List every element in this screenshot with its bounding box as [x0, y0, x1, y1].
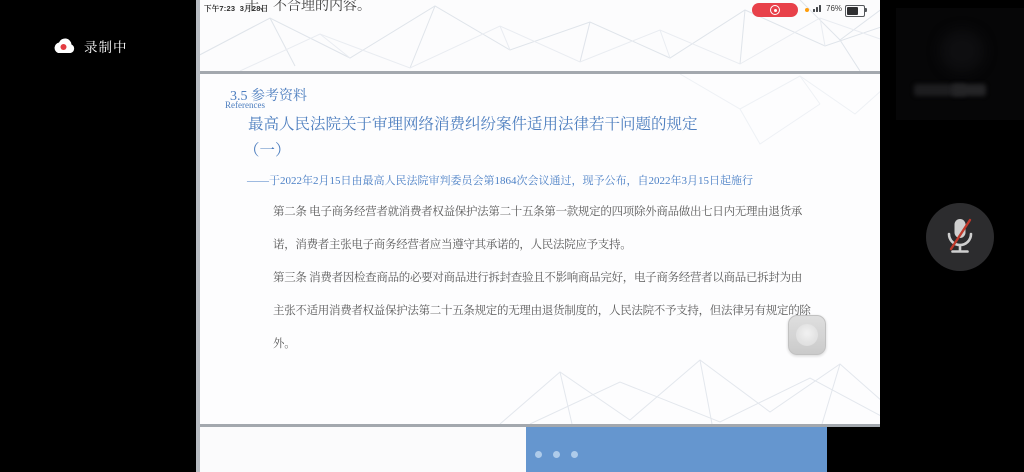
document-title: 最高人民法院关于审理网络消费纠纷案件适用法律若干问题的规定	[248, 112, 698, 134]
slide-document-view: 十、不合理的内容。 3.5 参考资料 References 最高人民法院关于审理…	[200, 0, 880, 472]
assistive-handle-inner-circle	[796, 324, 818, 346]
body-text-line: 第三条 消费者因检查商品的必要对商品进行拆封查验且不影响商品完好，电子商务经营者…	[273, 269, 802, 285]
page-dot	[535, 451, 542, 458]
status-time: 下午7:23	[204, 4, 235, 13]
battery-percent: 76%	[826, 4, 842, 13]
screen-recording-pill[interactable]	[752, 3, 798, 17]
participant-silhouette	[940, 30, 984, 72]
battery-icon	[845, 5, 865, 17]
cloud-recording-banner: 录制中	[52, 36, 128, 56]
mute-microphone-button[interactable]	[926, 203, 994, 271]
status-time-date: 下午7:23 3月28日	[204, 3, 268, 14]
orange-dot-icon	[805, 8, 809, 12]
document-title-part: （一）	[244, 138, 291, 160]
document-byline: ——于2022年2月15日由最高人民法院审判委员会第1864次会议通过，现予公布…	[247, 172, 753, 188]
page-dots	[535, 445, 589, 463]
body-text-line: 第二条 电子商务经营者就消费者权益保护法第二十五条第一款规定的四项除外商品做出七…	[273, 203, 802, 219]
next-slide-partial	[200, 427, 880, 472]
next-slide-dark-area	[827, 427, 880, 472]
assistive-handle-icon[interactable]	[788, 315, 826, 355]
participant-video-tile[interactable]	[896, 8, 1024, 120]
mic-muted-icon	[940, 215, 980, 259]
section-heading-english: References	[225, 100, 265, 110]
recording-banner-label: 录制中	[84, 36, 128, 56]
signal-bars-icon	[813, 5, 821, 12]
meeting-screen: 录制中 十、不合理的内容。	[0, 0, 1024, 472]
screen-recording-icon	[770, 5, 780, 15]
body-text-line: 主张不适用消费者权益保护法第二十五条规定的无理由退货制度的，人民法院不予支持，但…	[273, 302, 811, 318]
page-dot	[553, 451, 560, 458]
participant-name-overlay	[952, 84, 986, 96]
next-slide-blue-bar	[526, 427, 827, 472]
page-dot	[571, 451, 578, 458]
body-text-line: 外。	[273, 335, 295, 351]
status-date: 3月28日	[240, 4, 269, 13]
body-text-line: 诺，消费者主张电子商务经营者应当遵守其承诺的，人民法院应予支持。	[273, 236, 631, 252]
cloud-record-icon	[52, 38, 76, 54]
